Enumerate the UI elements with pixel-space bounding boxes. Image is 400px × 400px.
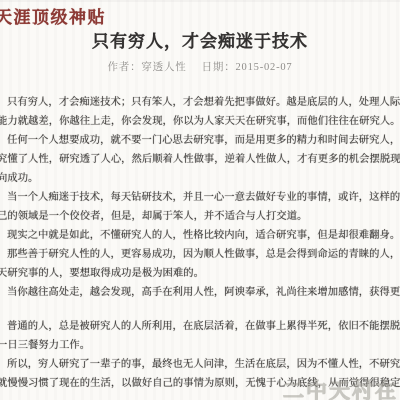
- byline-author: 作者：穿透人性: [107, 59, 186, 74]
- paragraph: 只有穷人，才会痴迷技术；只有笨人，才会想着先把事做好。越是底层的人，处理人际关 …: [0, 93, 400, 131]
- paragraph: 现实之中就是如此，不懂研究人的人，性格比较内向，适合研究事，但是却很难翻身。: [0, 226, 400, 245]
- paragraph: 任何一个人想要成功，就不要一门心思去研究事，而是用更多的精力和时间去研究人，只 …: [0, 131, 400, 188]
- paragraph: 当一个人痴迷于技术，每天钻研技术，并且一心一意去做好专业的事情，或许，这样的人 …: [0, 188, 400, 226]
- article-title: 只有穷人，才会痴迷于技术: [0, 27, 400, 52]
- body-line: 一日三餐努力工作。: [0, 336, 400, 355]
- paragraph: 那些善于研究人性的人，更容易成功，因为顺人性做事，总是会得到命运的青睐的人，反 …: [0, 245, 400, 283]
- body-line: 现实之中就是如此，不懂研究人的人，性格比较内向，适合研究事，但是却很难翻身。: [0, 226, 400, 245]
- body-line: 普通的人，总是被研究人的人所利用，在底层活着，在做事上累得半死，依旧不能摆脱贫: [0, 317, 400, 336]
- body-line: 当一个人痴迷于技术，每天钻研技术，并且一心一意去做好专业的事情，或许，这样的人: [0, 188, 400, 207]
- article-body: 只有穷人，才会痴迷技术；只有笨人，才会想着先把事做好。越是底层的人，处理人际关 …: [0, 93, 400, 393]
- body-line: 究懂了人性，研究透了人心，然后顺着人性做事，逆着人性做人，才有更多的机会摆脱现状: [0, 150, 400, 169]
- byline: 作者：穿透人性 日期：2015-02-07: [0, 59, 400, 74]
- body-line: 所以，穷人研究了一辈子的事，最终也无人问津，生活在底层，因为不懂人性，不研究人: [0, 355, 400, 374]
- forum-badge: 天涯顶级神贴: [0, 3, 106, 28]
- paragraph: 所以，穷人研究了一辈子的事，最终也无人问津，生活在底层，因为不懂人性，不研究人 …: [0, 355, 400, 393]
- body-line: 任何一个人想要成功，就不要一门心思去研究事，而是用更多的精力和时间去研究人，只: [0, 131, 400, 150]
- body-line: 向成功。: [0, 169, 400, 188]
- body-line: 能力就越差，你越往上走，你会发现，你以为人家天天在研究事，而他们往往在研究人。: [0, 112, 400, 131]
- body-line: 天研究事的人，要想取得成功是极为困难的。: [0, 264, 400, 283]
- body-line: 己的领域是一个佼佼者，但是，却属于笨人，并不适合与人打交道。: [0, 207, 400, 226]
- byline-date: 日期：2015-02-07: [202, 59, 293, 74]
- body-line: 只有穷人，才会痴迷技术；只有笨人，才会想着先把事做好。越是底层的人，处理人际关: [0, 93, 400, 112]
- scanned-article-page: 天涯顶级神贴 只有穷人，才会痴迷于技术 作者：穿透人性 日期：2015-02-0…: [0, 0, 400, 400]
- paragraph: 当你越往高处走，越会发现，高手在利用人性，阿谀奉承，礼尚往来增加感情，获得更多: [0, 283, 400, 302]
- body-line: 那些善于研究人性的人，更容易成功，因为顺人性做事，总是会得到命运的青睐的人，反: [0, 245, 400, 264]
- body-line: 当你越往高处走，越会发现，高手在利用人性，阿谀奉承，礼尚往来增加感情，获得更多: [0, 283, 400, 302]
- body-line: 就慢慢习惯了现在的生活，以做好自己的事情为原则，无愧于心为底线，从而觉得很稳定: [0, 374, 400, 393]
- paragraph: 普通的人，总是被研究人的人所利用，在底层活着，在做事上累得半死，依旧不能摆脱贫 …: [0, 317, 400, 355]
